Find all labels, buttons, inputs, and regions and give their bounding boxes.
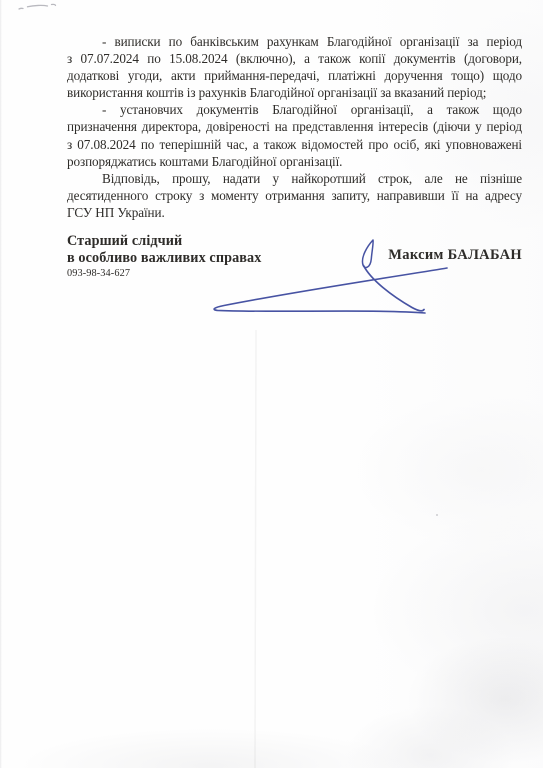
signer-phone: 093-98-34-627 <box>67 268 367 280</box>
pen-mark-icon <box>19 4 56 9</box>
scan-dot <box>436 514 438 516</box>
fold-crease <box>255 330 256 768</box>
signer-name: Максим БАЛАБАН <box>388 247 522 264</box>
text-line: десятиденного строку з моменту отримання… <box>67 187 522 204</box>
body-text: - виписки по банківським рахункам Благод… <box>67 33 522 221</box>
signer-title-line2: в особливо важливих справах <box>67 250 367 267</box>
text-line: ГСУ НП України. <box>67 204 522 221</box>
text-line: з 07.07.2024 по 15.08.2024 (включно), а … <box>67 50 522 67</box>
paragraph: Відповідь, прошу, надати у найкоротший с… <box>67 170 522 221</box>
text-line: - установчих документів Благодійної орга… <box>67 101 522 118</box>
text-line: використання коштів із рахунків Благодій… <box>67 84 522 101</box>
text-line: - виписки по банківським рахункам Благод… <box>67 33 522 50</box>
text-line: розпоряджатись коштами Благодійної орган… <box>67 153 522 170</box>
paragraph: - виписки по банківським рахункам Благод… <box>67 33 522 101</box>
signer-title-line1: Старший слідчий <box>67 233 367 250</box>
signoff-block: Старший слідчий в особливо важливих спра… <box>67 233 367 280</box>
paragraph: - установчих документів Благодійної орга… <box>67 101 522 169</box>
text-line: додаткові угоди, акти приймання-передачі… <box>67 67 522 84</box>
document-page: - виписки по банківським рахункам Благод… <box>0 0 543 768</box>
text-line: Відповідь, прошу, надати у найкоротший с… <box>67 170 522 187</box>
text-line: з 07.08.2024 по теперішній час, а також … <box>67 136 522 153</box>
text-line: призначення директора, довіреності на пр… <box>67 118 522 135</box>
